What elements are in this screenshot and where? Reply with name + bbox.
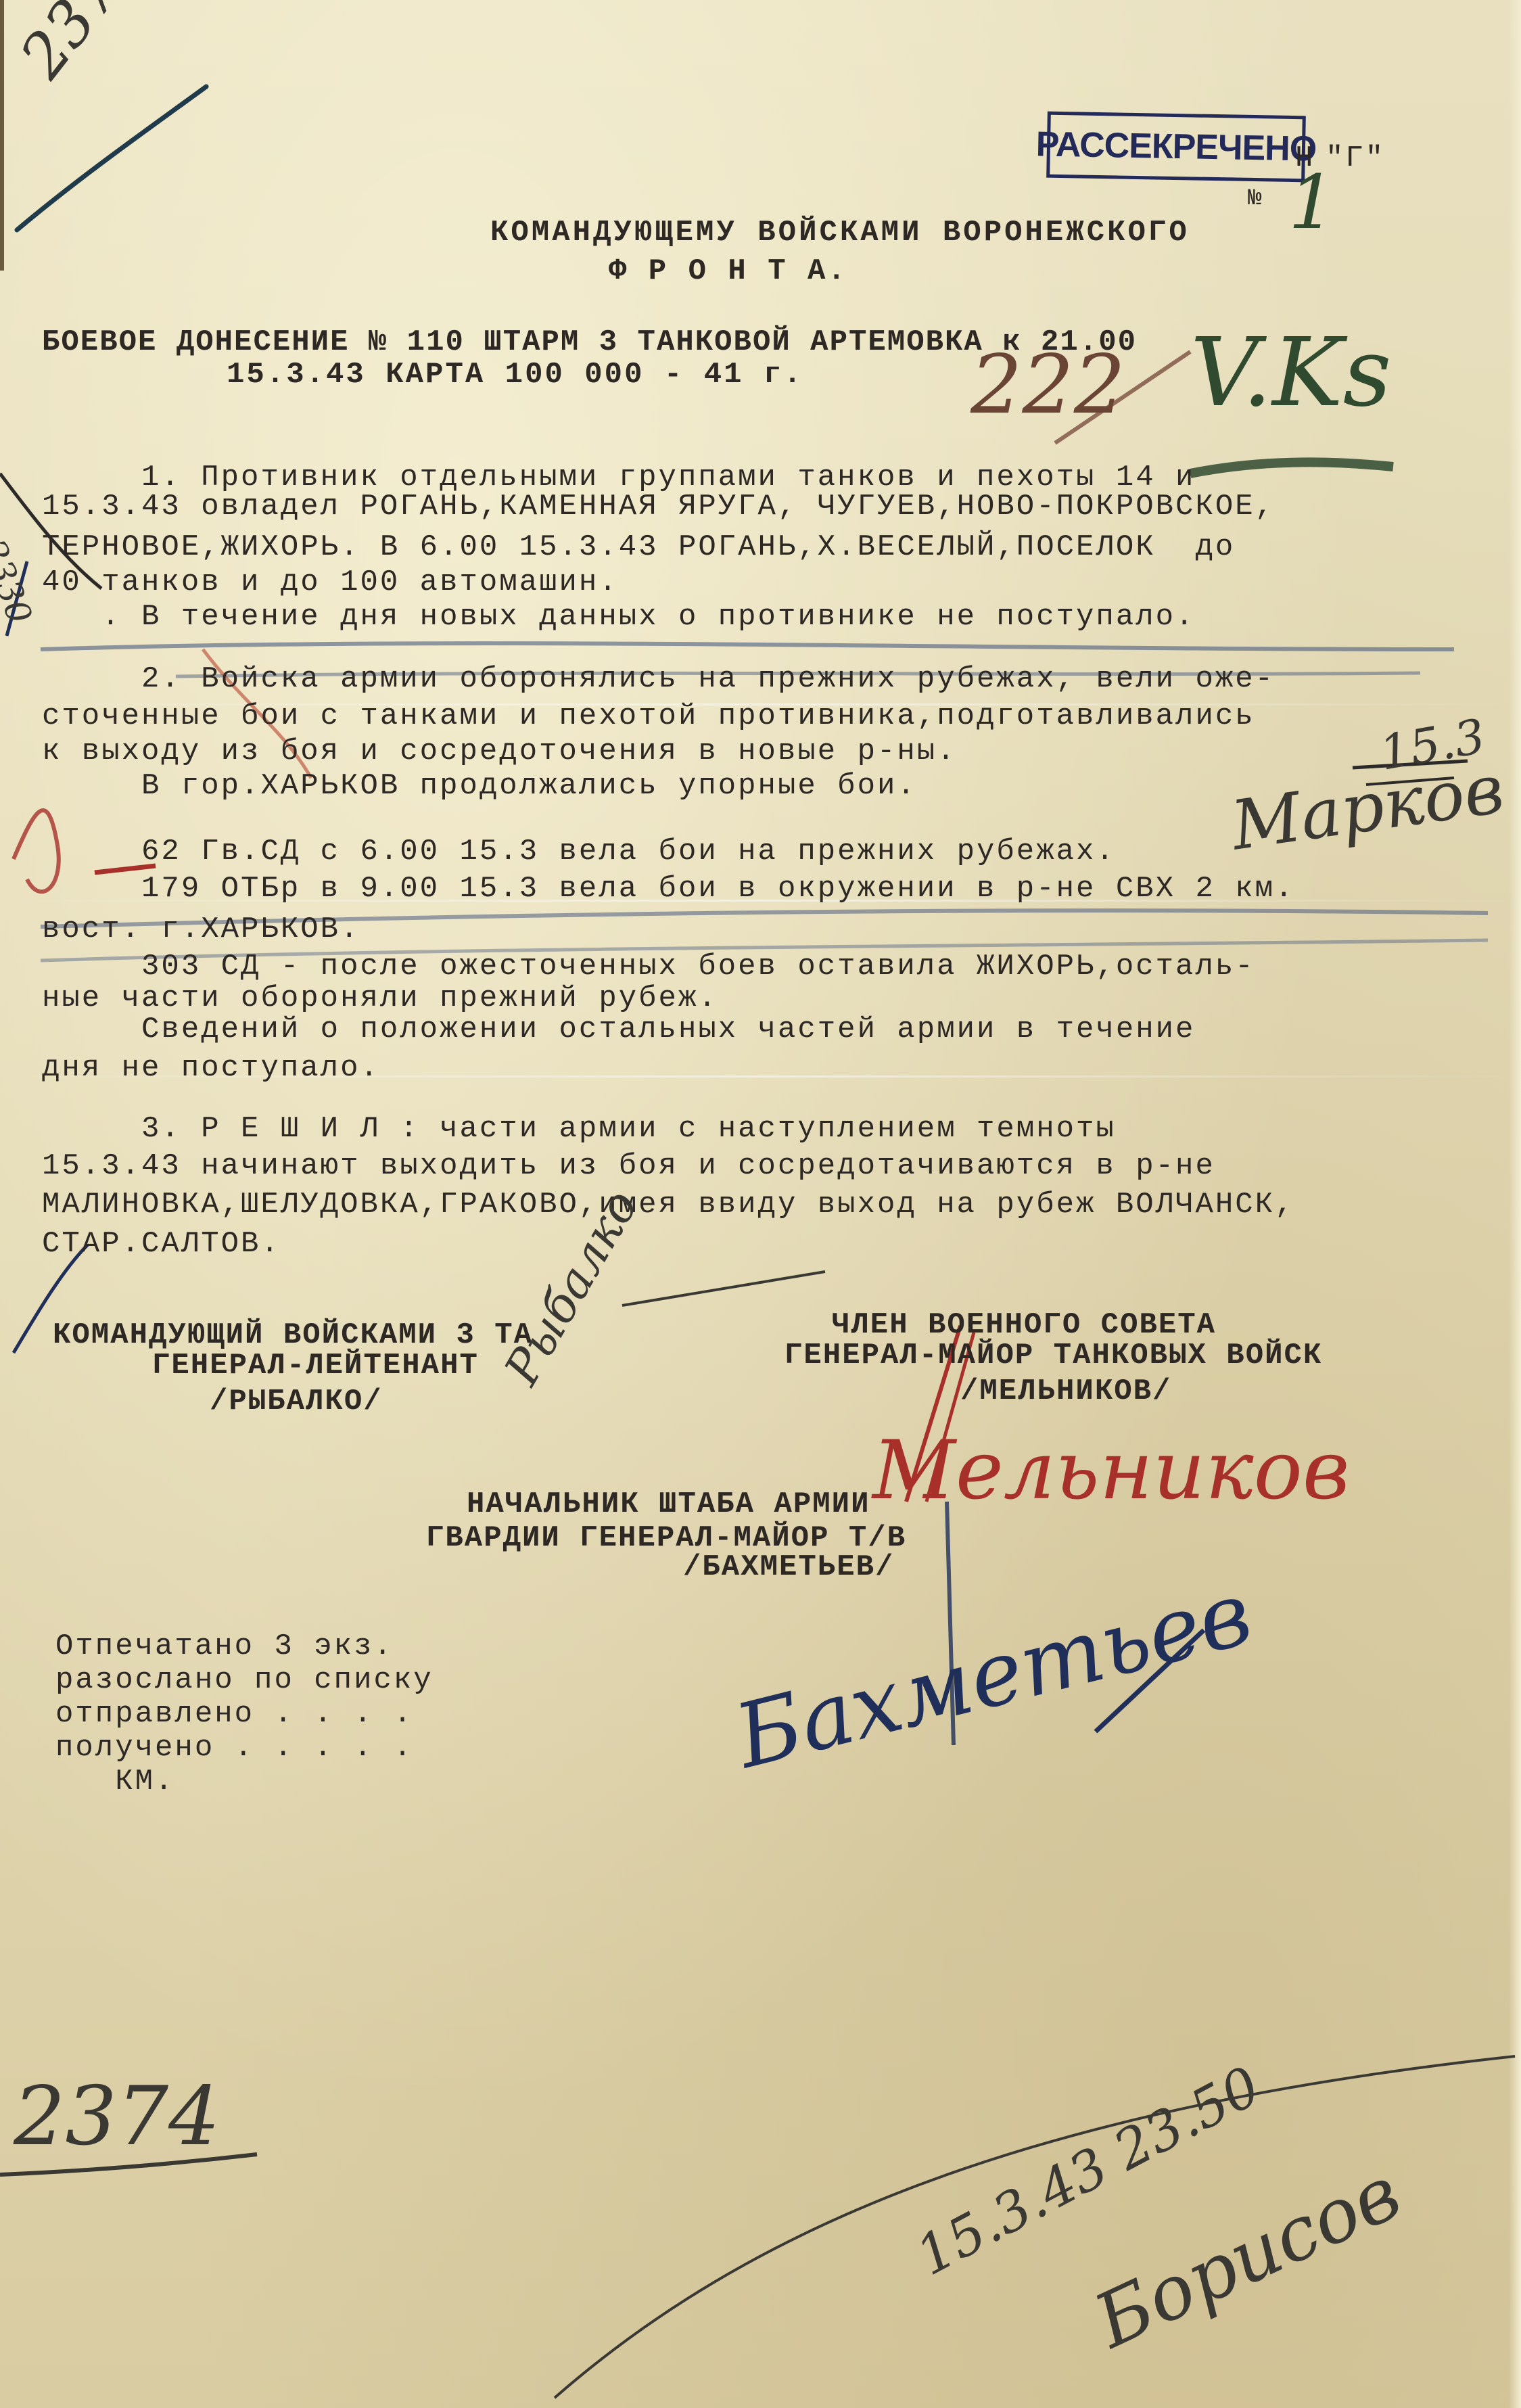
- text-line: дня не поступало.: [42, 1048, 380, 1088]
- paper-edge: [1509, 0, 1521, 2408]
- council-member-name: /МЕЛЬНИКОВ/: [960, 1372, 1171, 1411]
- council-member-signature: Мельников: [872, 1424, 1350, 1518]
- text-line: ТЕРНОВОЕ,ЖИХОРЬ. В 6.00 15.3.43 РОГАНЬ,Х…: [42, 528, 1235, 567]
- paper-edge-binding: [0, 0, 4, 271]
- text-line: В гор.ХАРЬКОВ продолжались упорные бои.: [42, 766, 917, 806]
- text-line: 3. Р Е Ш И Л : части армии с наступление…: [42, 1109, 1116, 1149]
- copy-number-handwritten: 1: [1288, 159, 1336, 246]
- commander-name: /РЫБАЛКО/: [210, 1382, 383, 1421]
- commander-rank: ГЕНЕРАЛ-ЛЕЙТЕНАНТ: [152, 1346, 479, 1385]
- chief-of-staff-name: /БАХМЕТЬЕВ/: [683, 1548, 894, 1587]
- text-line: 15.3.43 овладел РОГАНЬ,КАМЕННАЯ ЯРУГА, Ч…: [42, 487, 1275, 526]
- text-line: 2. Войска армии оборонялись на прежних р…: [42, 659, 1275, 699]
- text-line: 40 танков и до 100 автомашин.: [42, 563, 619, 602]
- archive-number-bottom: 2374: [14, 2070, 220, 2164]
- text-line: к выходу из боя и сосредоточения в новые…: [42, 732, 957, 771]
- council-member-rank: ГЕНЕРАЛ-МАЙОР ТАНКОВЫХ ВОЙСК: [785, 1336, 1322, 1375]
- addressee-line-2: Ф Р О Н Т А.: [609, 252, 847, 291]
- report-title-line-2: 15.3.43 КАРТА 100 000 - 41 г.: [227, 355, 803, 394]
- text-line: вост. г.ХАРЬКОВ.: [42, 910, 360, 949]
- text-line: СТАР.САЛТОВ.: [42, 1224, 281, 1264]
- declassified-stamp: РАССЕКРЕЧЕНО: [1046, 112, 1306, 183]
- text-line: Сведений о положении остальных частей ар…: [42, 1010, 1195, 1049]
- distribution-line: КМ.: [55, 1762, 174, 1801]
- text-line: 62 Гв.СД с 6.00 15.3 вела бои на прежних…: [42, 832, 1116, 871]
- copy-number-label: №: [1248, 179, 1263, 218]
- text-line: 15.3.43 начинают выходить из боя и сосре…: [42, 1147, 1215, 1186]
- reviewer-initials-green: V.Ks: [1190, 318, 1392, 428]
- addressee-line-1: КОМАНДУЮЩЕМУ ВОЙСКАМИ ВОРОНЕЖСКОГО: [490, 213, 1190, 252]
- text-line: сточенные бои с танками и пехотой против…: [42, 697, 1255, 736]
- text-line: . В течение дня новых данных о противник…: [42, 597, 1195, 636]
- text-line: МАЛИНОВКА,ШЕЛУДОВКА,ГРАКОВО,имея ввиду в…: [42, 1185, 1294, 1224]
- text-line: 179 ОТБр в 9.00 15.3 вела бои в окружени…: [42, 869, 1294, 908]
